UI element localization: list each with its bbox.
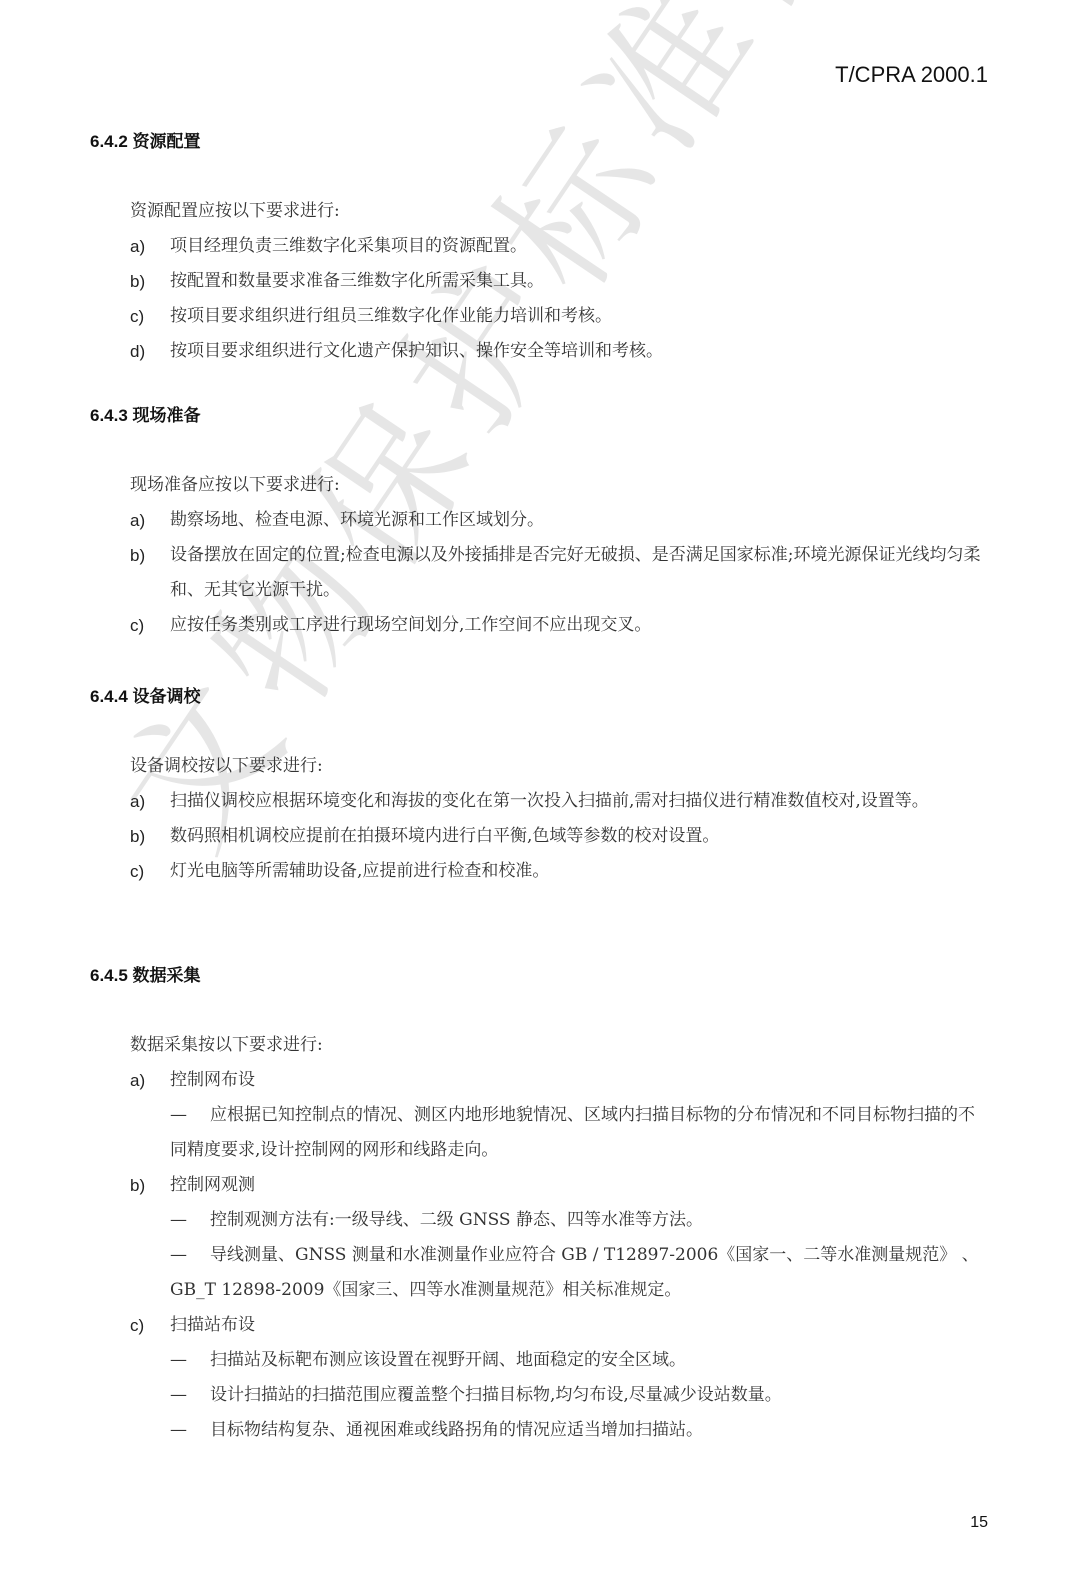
list-label: c) <box>130 854 166 889</box>
list-text: 控制网布设 <box>170 1063 990 1098</box>
sub-list-text: 扫描站及标靶布测应该设置在视野开阔、地面稳定的安全区域。 <box>170 1343 990 1378</box>
sub-list-item: — 应根据已知控制点的情况、测区内地形地貌情况、区域内扫描目标物的分布情况和不同… <box>170 1098 1010 1168</box>
list-item: a) 扫描仪调校应根据环境变化和海拔的变化在第一次投入扫描前,需对扫描仪进行精准… <box>130 784 1010 819</box>
list-label: c) <box>130 1308 166 1343</box>
list-label: c) <box>130 608 166 643</box>
list-item: b) 设备摆放在固定的位置;检查电源以及外接插排是否完好无破损、是否满足国家标准… <box>130 538 1010 608</box>
section-6-4-4: 6.4.4 设备调校 设备调校按以下要求进行: a) 扫描仪调校应根据环境变化和… <box>90 683 1010 889</box>
list-item: d) 按项目要求组织进行文化遗产保护知识、操作安全等培训和考核。 <box>130 334 1010 369</box>
list-item: a) 控制网布设 <box>130 1063 1010 1098</box>
list-text: 设备摆放在固定的位置;检查电源以及外接插排是否完好无破损、是否满足国家标准;环境… <box>170 538 990 608</box>
sub-list-item: — 目标物结构复杂、通视困难或线路拐角的情况应适当增加扫描站。 <box>170 1413 1010 1448</box>
list-text: 应按任务类别或工序进行现场空间划分,工作空间不应出现交叉。 <box>170 608 990 643</box>
list-text: 按项目要求组织进行组员三维数字化作业能力培训和考核。 <box>170 299 990 334</box>
dash-bullet: — <box>170 1413 210 1448</box>
sub-list-item: — 控制观测方法有:一级导线、二级 GNSS 静态、四等水准等方法。 <box>170 1203 1010 1238</box>
list-text: 控制网观测 <box>170 1168 990 1203</box>
sub-list-text: 控制观测方法有:一级导线、二级 GNSS 静态、四等水准等方法。 <box>170 1203 990 1238</box>
list-label: b) <box>130 264 166 299</box>
document-code-header: T/CPRA 2000.1 <box>835 62 988 88</box>
list-label: b) <box>130 1168 166 1203</box>
list-item: a) 勘察场地、检查电源、环境光源和工作区域划分。 <box>130 503 1010 538</box>
dash-bullet: — <box>170 1378 210 1413</box>
list-label: a) <box>130 1063 166 1098</box>
section-heading: 6.4.4 设备调校 <box>90 683 1010 711</box>
section-intro: 设备调校按以下要求进行: <box>130 749 1010 784</box>
list-item: b) 按配置和数量要求准备三维数字化所需采集工具。 <box>130 264 1010 299</box>
list-text: 数码照相机调校应提前在拍摄环境内进行白平衡,色域等参数的校对设置。 <box>170 819 990 854</box>
sub-list-item: — 导线测量、GNSS 测量和水准测量作业应符合 GB / T12897-200… <box>170 1238 1010 1308</box>
list-label: a) <box>130 503 166 538</box>
dash-bullet: — <box>170 1343 210 1378</box>
dash-bullet: — <box>170 1203 210 1238</box>
list-text: 扫描站布设 <box>170 1308 990 1343</box>
sub-list-item: — 扫描站及标靶布测应该设置在视野开阔、地面稳定的安全区域。 <box>170 1343 1010 1378</box>
section-intro: 数据采集按以下要求进行: <box>130 1028 1010 1063</box>
list-label: a) <box>130 784 166 819</box>
list-item: a) 项目经理负责三维数字化采集项目的资源配置。 <box>130 229 1010 264</box>
list-text: 项目经理负责三维数字化采集项目的资源配置。 <box>170 229 990 264</box>
list-label: b) <box>130 538 166 573</box>
list-text: 按项目要求组织进行文化遗产保护知识、操作安全等培训和考核。 <box>170 334 990 369</box>
list-text: 勘察场地、检查电源、环境光源和工作区域划分。 <box>170 503 990 538</box>
dash-bullet: — <box>170 1098 210 1133</box>
sub-list-text: 导线测量、GNSS 测量和水准测量作业应符合 GB / T12897-2006《… <box>170 1238 990 1308</box>
list-item: b) 数码照相机调校应提前在拍摄环境内进行白平衡,色域等参数的校对设置。 <box>130 819 1010 854</box>
list-label: b) <box>130 819 166 854</box>
section-intro: 现场准备应按以下要求进行: <box>130 468 1010 503</box>
page-number: 15 <box>970 1514 988 1532</box>
section-heading: 6.4.2 资源配置 <box>90 128 1010 156</box>
list-item: b) 控制网观测 <box>130 1168 1010 1203</box>
section-heading: 6.4.3 现场准备 <box>90 402 1010 430</box>
list-text: 按配置和数量要求准备三维数字化所需采集工具。 <box>170 264 990 299</box>
section-intro: 资源配置应按以下要求进行: <box>130 194 1010 229</box>
list-label: a) <box>130 229 166 264</box>
list-text: 灯光电脑等所需辅助设备,应提前进行检查和校准。 <box>170 854 990 889</box>
section-heading: 6.4.5 数据采集 <box>90 962 1010 990</box>
list-item: c) 应按任务类别或工序进行现场空间划分,工作空间不应出现交叉。 <box>130 608 1010 643</box>
sub-list-item: — 设计扫描站的扫描范围应覆盖整个扫描目标物,均匀布设,尽量减少设站数量。 <box>170 1378 1010 1413</box>
section-6-4-2: 6.4.2 资源配置 资源配置应按以下要求进行: a) 项目经理负责三维数字化采… <box>90 128 1010 369</box>
section-6-4-5: 6.4.5 数据采集 数据采集按以下要求进行: a) 控制网布设 — 应根据已知… <box>90 962 1010 1448</box>
list-item: c) 扫描站布设 <box>130 1308 1010 1343</box>
sub-list-text: 设计扫描站的扫描范围应覆盖整个扫描目标物,均匀布设,尽量减少设站数量。 <box>170 1378 990 1413</box>
list-label: c) <box>130 299 166 334</box>
list-item: c) 按项目要求组织进行组员三维数字化作业能力培训和考核。 <box>130 299 1010 334</box>
section-6-4-3: 6.4.3 现场准备 现场准备应按以下要求进行: a) 勘察场地、检查电源、环境… <box>90 402 1010 643</box>
sub-list-text: 应根据已知控制点的情况、测区内地形地貌情况、区域内扫描目标物的分布情况和不同目标… <box>170 1098 990 1168</box>
dash-bullet: — <box>170 1238 210 1273</box>
sub-list-text: 目标物结构复杂、通视困难或线路拐角的情况应适当增加扫描站。 <box>170 1413 990 1448</box>
list-item: c) 灯光电脑等所需辅助设备,应提前进行检查和校准。 <box>130 854 1010 889</box>
list-label: d) <box>130 334 166 369</box>
list-text: 扫描仪调校应根据环境变化和海拔的变化在第一次投入扫描前,需对扫描仪进行精准数值校… <box>170 784 990 819</box>
